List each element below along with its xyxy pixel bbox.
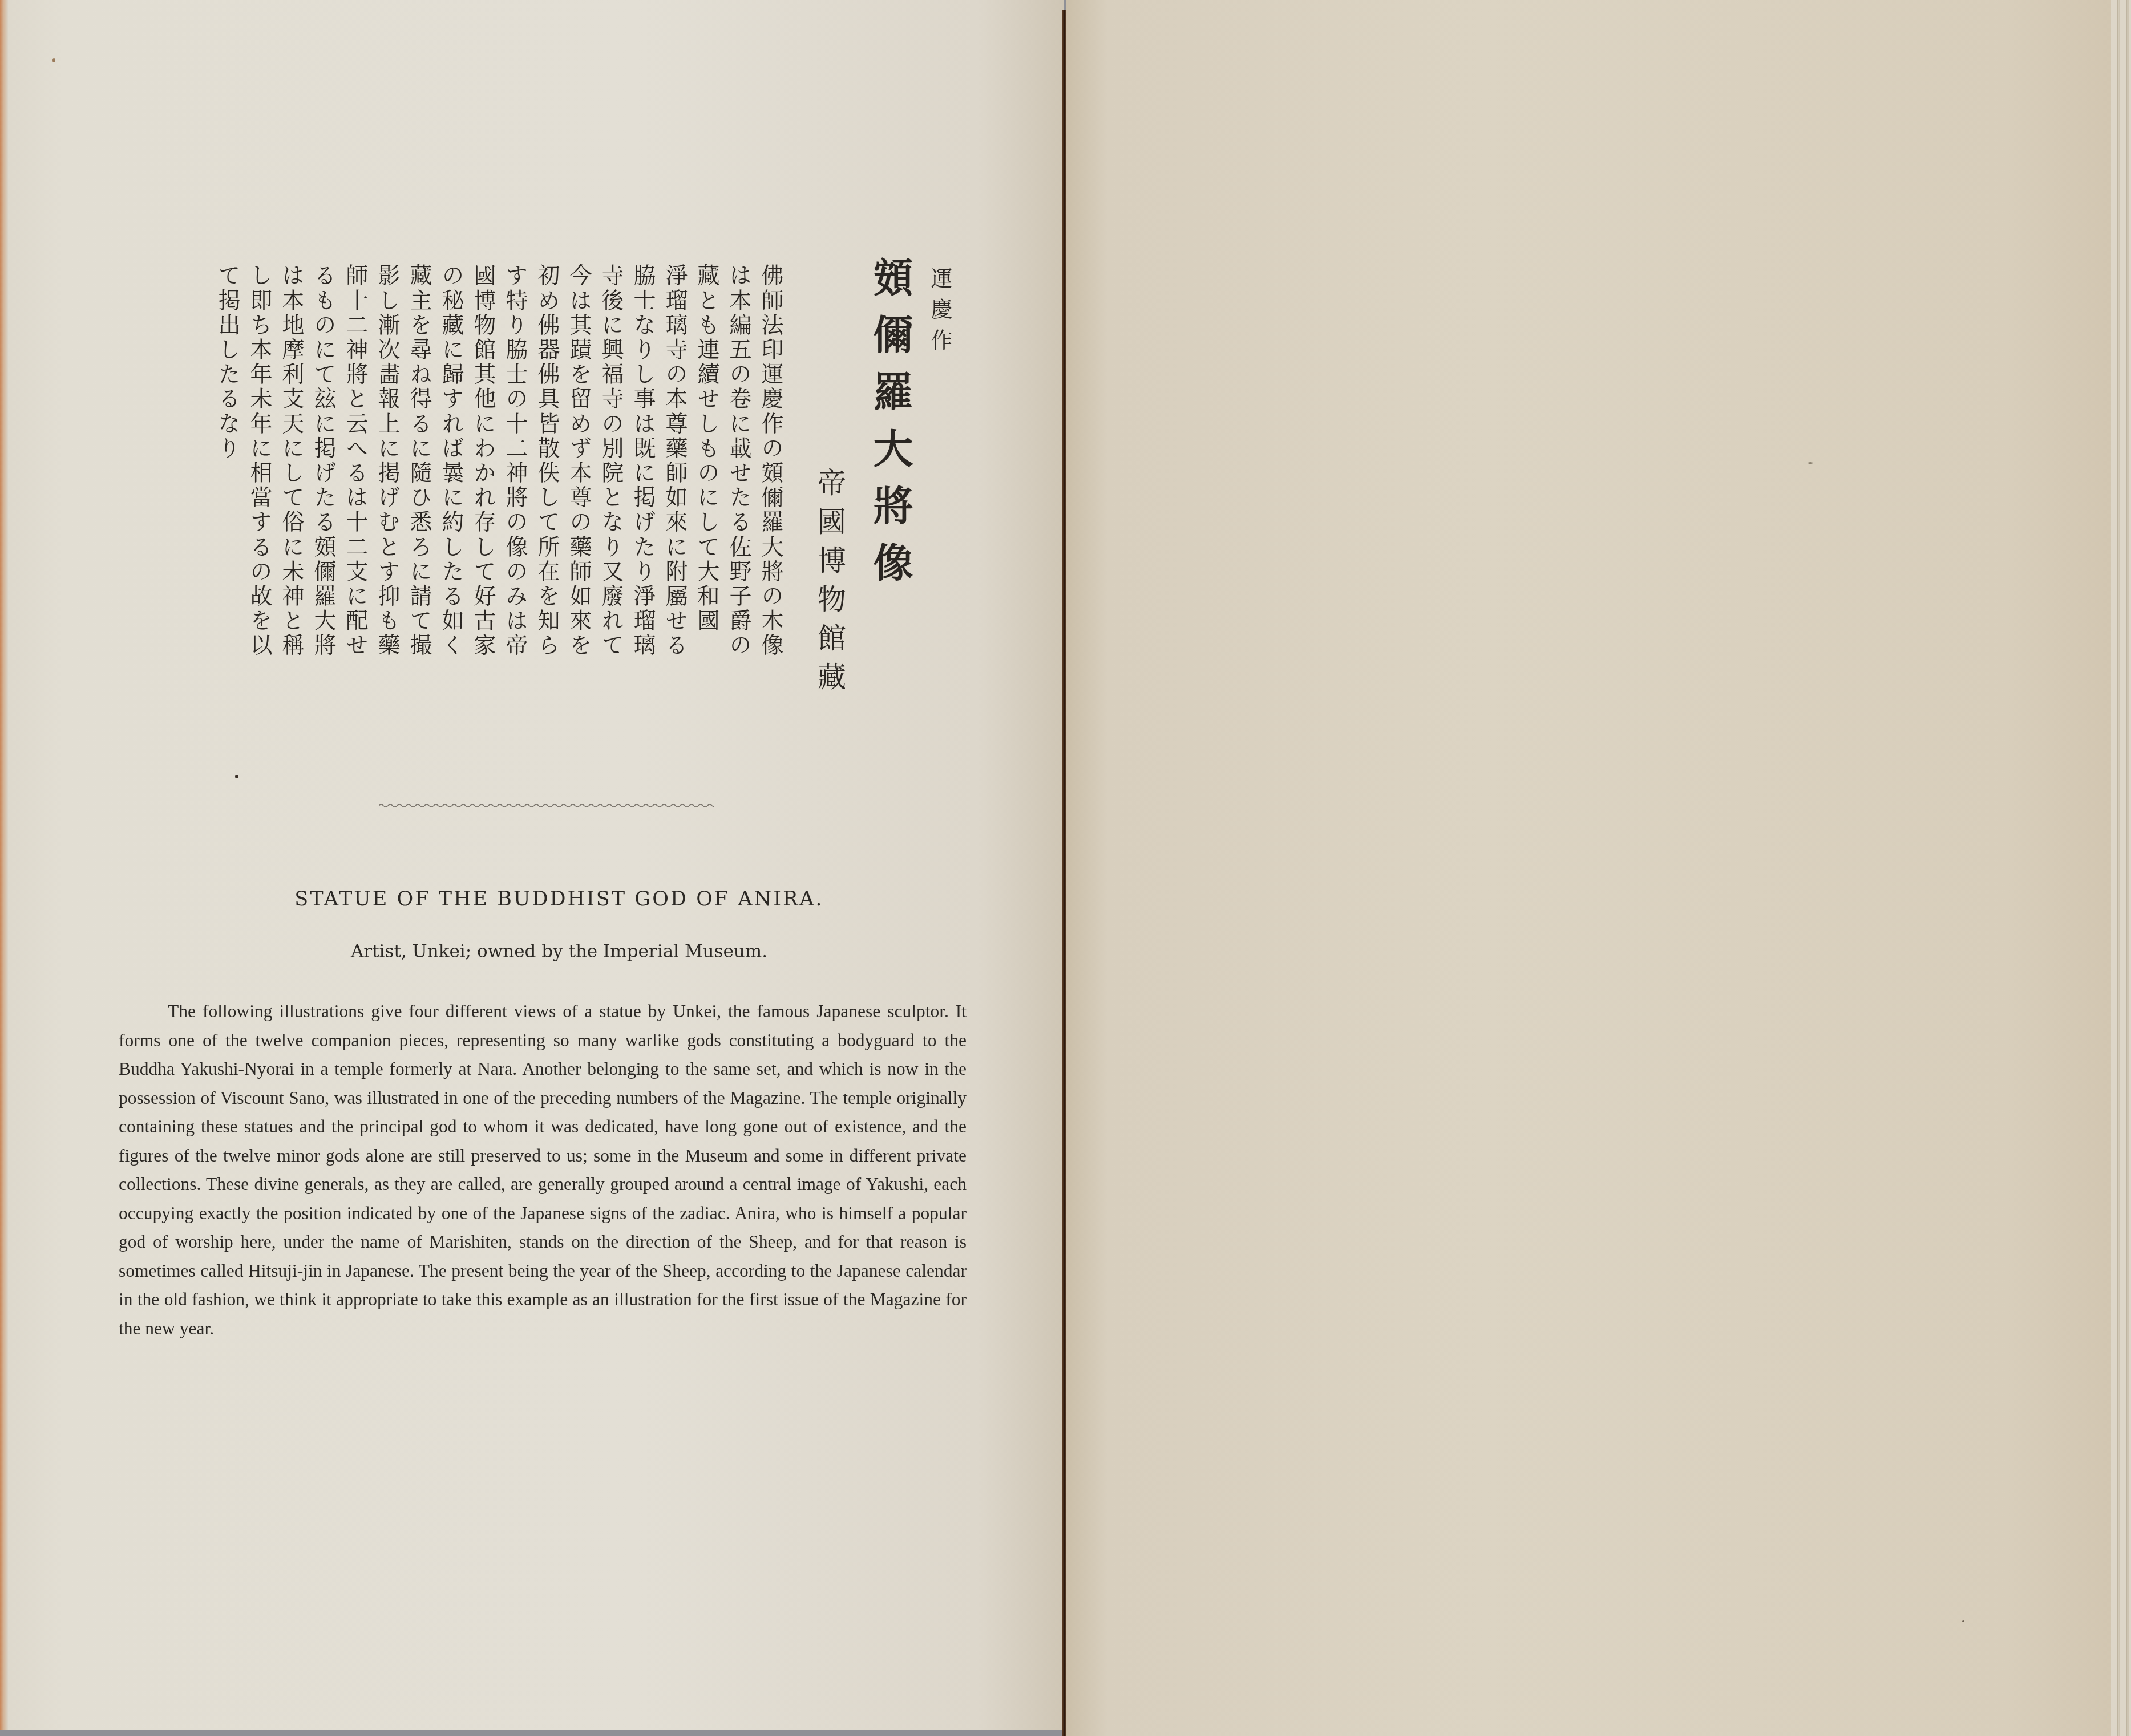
paper-mark xyxy=(1808,462,1813,464)
japanese-column: 藏とも連續せしものにして大和國 xyxy=(690,264,722,731)
japanese-column: 寺後に興福寺の別院となり又廢れて xyxy=(595,264,626,731)
english-title: STATUE OF THE BUDDHIST GOD OF ANIRA. xyxy=(171,888,947,911)
japanese-title: 頞儞羅大將像 xyxy=(862,257,919,599)
japanese-body: 佛師法印運慶作の頞儞羅大將の木像 は本編五の卷に載せたる佐野子爵の 藏とも連續せ… xyxy=(153,264,786,731)
right-page-blank xyxy=(1066,0,2113,1736)
japanese-column: るものにて玆に掲げたる頞儞羅大將 xyxy=(307,264,339,731)
japanese-column: 佛師法印運慶作の頞儞羅大將の木像 xyxy=(754,264,786,731)
japanese-column: は本地摩利支天にして俗に未神と稱 xyxy=(275,264,307,731)
paper-mark xyxy=(1962,1620,1964,1622)
japanese-column: 初め佛器佛具皆散佚して所在を知ら xyxy=(531,264,563,731)
japanese-column: 淨瑠璃寺の本尊藥師如來に附屬せる xyxy=(658,264,690,731)
english-body: The following illustrations give four di… xyxy=(119,997,967,1343)
japanese-column: 影し漸次畵報上に掲げむとす抑も藥 xyxy=(371,264,403,731)
japanese-column: 今は其蹟を留めず本尊の藥師如來を xyxy=(563,264,595,731)
japanese-column: は本編五の卷に載せたる佐野子爵の xyxy=(722,264,754,731)
japanese-column: す特り脇士の十二神將の像のみは帝 xyxy=(499,264,531,731)
japanese-owner: 帝國博物館藏 xyxy=(809,468,850,701)
japanese-author-credit: 運慶作 xyxy=(924,267,956,359)
japanese-column: し即ち本年未年に相當するの故を以 xyxy=(243,264,275,731)
japanese-column: の秘藏に歸すれば曩に約したる如く xyxy=(435,264,467,731)
english-subtitle: Artist, Unkei; owned by the Imperial Mus… xyxy=(171,941,947,962)
left-page: 運慶作 頞儞羅大將像 帝國博物館藏 佛師法印運慶作の頞儞羅大將の木像 は本編五の… xyxy=(0,0,1064,1730)
japanese-column: 師十二神將と云へるは十二支に配せ xyxy=(339,264,371,731)
page-stack-edges xyxy=(2111,0,2131,1736)
japanese-column: 藏主を尋ね得るに隨ひ悉ろに請て撮 xyxy=(403,264,435,731)
japanese-column: 國博物館其他にわかれ存して好古家 xyxy=(467,264,499,731)
book-spine xyxy=(1062,10,1066,1736)
foxing-spot xyxy=(52,58,55,62)
left-page-edge xyxy=(0,0,8,1730)
wavy-divider xyxy=(379,803,714,808)
japanese-column: て掲出したるなり xyxy=(211,264,243,731)
ink-speck xyxy=(235,775,238,778)
japanese-column: 脇士なりし事は既に掲げたり淨瑠璃 xyxy=(626,264,658,731)
